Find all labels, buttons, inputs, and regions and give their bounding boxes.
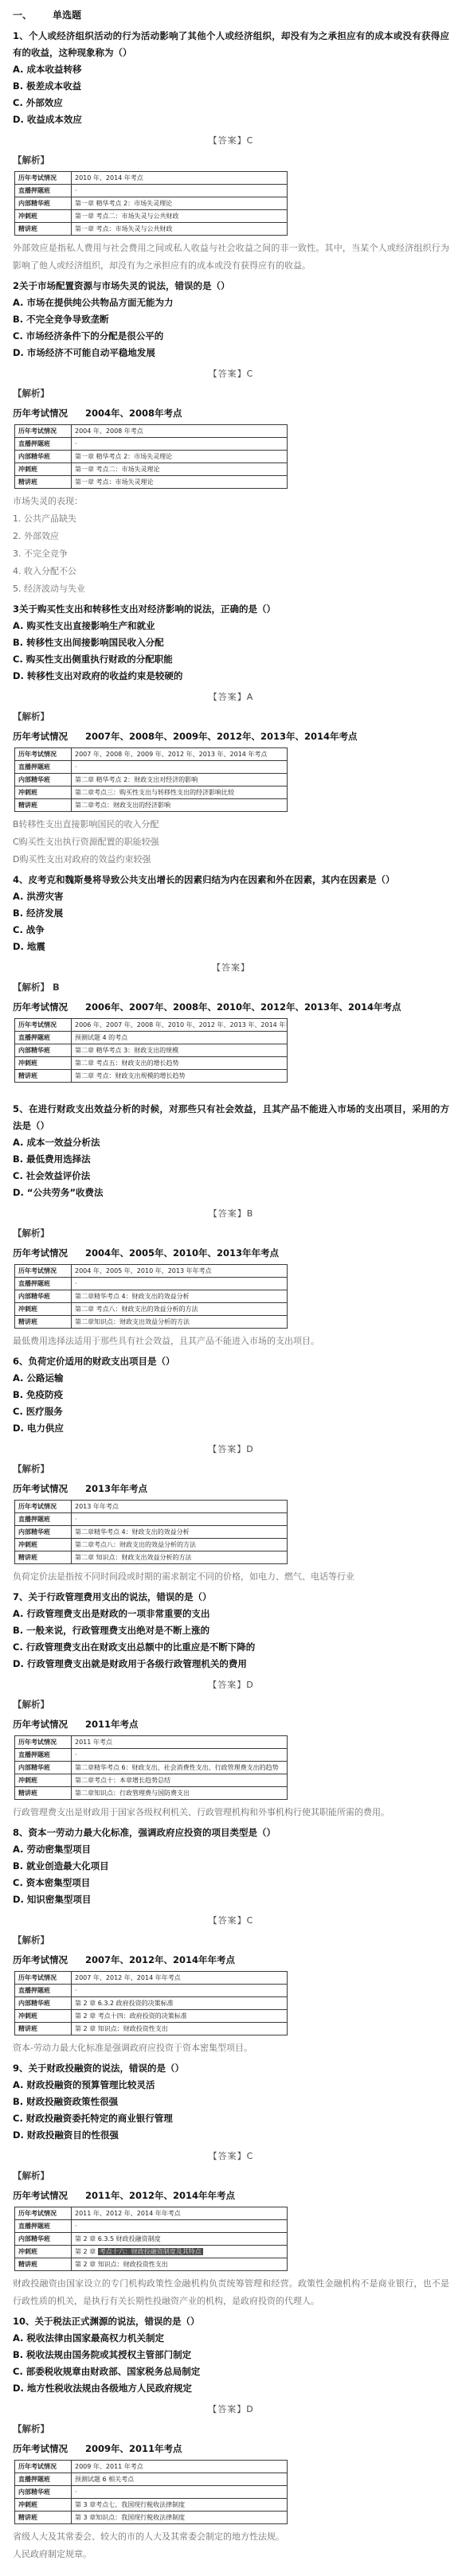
table-row: 内部精华班第二章精华考点 6：财政支出、社会消费性支出、行政管理费支出的趋势 [15, 1762, 288, 1774]
table-value-cell: · [72, 1985, 288, 1997]
exam-history-table: 历年考试情况2004 年、2008 年考点直播押题班·内部精华班第一章 精华考点… [14, 424, 288, 489]
analysis-label: 【解析】 [13, 385, 449, 401]
exam-history-note: 历年考试情况2007年、2012年、2014年年考点 [13, 1951, 449, 1969]
exam-history-note-years: 2004年、2005年、2010年、2013年年考点 [85, 1247, 279, 1259]
table-label-cell: 内部精华班 [15, 2233, 72, 2246]
table-row: 冲刺班第 2 章 考点十六：财政投融资制度及其特点 [15, 2246, 288, 2258]
option-item: C. 部委税收规章由财政部、国家税务总局制定 [13, 2363, 449, 2380]
question-options: A. 行政管理费支出是财政的一项非常重要的支出B. 一般来说，行政管理费支出绝对… [13, 1606, 449, 1672]
option-item: A. 市场在提供纯公共物品方面无能为力 [13, 295, 449, 311]
option-item: B. 经济发展 [13, 905, 449, 922]
table-label-cell: 历年考试情况 [15, 2207, 72, 2220]
table-label-cell: 精讲班 [15, 1316, 72, 1329]
option-item: B. 免疫防疫 [13, 1387, 449, 1403]
analysis-label: 【解析】 [13, 2168, 449, 2184]
explanation-block: 财政投融资由国家设立的专门机构政策性金融机构负责统筹管理和经营。政策性金融机构不… [13, 2275, 449, 2310]
question-text: 6、负荷定价适用的财政支出项目是（） [13, 1353, 449, 1370]
answer-line: 【答案】C [13, 1913, 449, 1929]
table-value-cell: 第二章精华考点 4：财政支出的效益分析 [72, 1526, 288, 1539]
option-item: A. 劳动密集型项目 [13, 1841, 449, 1858]
table-label-cell: 内部精华班 [15, 1044, 72, 1057]
analysis-label: 【解析】 B [13, 979, 449, 995]
table-row: 精讲班第二章 知识点：财政支出效益分析的方法 [15, 1551, 288, 1564]
option-item: A. 行政管理费支出是财政的一项非常重要的支出 [13, 1606, 449, 1622]
exam-history-note-years: 2004年、2008年考点 [85, 408, 182, 419]
option-item: C. 市场经济条件下的分配是很公平的 [13, 328, 449, 345]
table-value-cell: 第二章知识点：财政支出效益分析的方法 [72, 1316, 288, 1329]
option-item: D. “公共劳务”收费法 [13, 1185, 449, 1201]
table-label-cell: 内部精华班 [15, 774, 72, 786]
table-row: 直播押题班· [15, 2220, 288, 2233]
table-value-cell: 第 2 章 知识点：财政投资性支出 [72, 2023, 288, 2035]
answer-line: 【答案】B [13, 1206, 449, 1222]
option-item: C. 社会效益评价法 [13, 1168, 449, 1185]
exam-history-table: 历年考试情况2013 年年考点直播押题班·内部精华班第二章精华考点 4：财政支出… [14, 1500, 288, 1564]
table-label-cell: 内部精华班 [15, 1290, 72, 1303]
option-item: D. 转移性支出对政府的收益约束是较硬的 [13, 668, 449, 685]
explanation-line: 负荷定价法是指按不同时间段或时期的需求制定不同的价格，如电力、燃气、电话等行业 [13, 1568, 449, 1586]
table-label-cell: 精讲班 [15, 476, 72, 489]
table-value-cell: 第二章 知识点：财政支出效益分析的方法 [72, 1551, 288, 1564]
explanation-line: 5. 经济波动与失业 [13, 580, 449, 598]
explanation-block: 省级人大及其常委会、较大的市的人大及其常委会制定的地方性法规。人民政府制定规章。 [13, 2528, 449, 2563]
table-row: 内部精华班第二章精华考点 4：财政支出的效益分析 [15, 1526, 288, 1539]
table-row: 直播押题班· [15, 1749, 288, 1762]
explanation-line: 财政投融资由国家设立的专门机构政策性金融机构负责统筹管理和经营。政策性金融机构不… [13, 2275, 449, 2310]
table-value-cell: 2010 年、2014 年考点 [72, 172, 288, 185]
table-value-cell: · [72, 185, 288, 197]
question-block: 2关于市场配置资源与市场失灵的说法，错误的是（） A. 市场在提供纯公共物品方面… [13, 278, 449, 598]
table-value-cell: 2004 年、2008 年考点 [72, 425, 288, 438]
table-value-cell: 第一章 考点二：市场失灵与公共财政 [72, 210, 288, 223]
table-label-cell: 精讲班 [15, 2258, 72, 2271]
table-label-cell: 历年考试情况 [15, 2461, 72, 2473]
answer-line: 【答案】A [13, 689, 449, 705]
section-title-text: 单选题 [53, 10, 81, 21]
table-value-cell: · [72, 761, 288, 774]
table-value-cell: 第二章 精华考点 2：财政支出对经济的影响 [72, 774, 288, 786]
table-label-cell: 冲刺班 [15, 2010, 72, 2023]
table-value-cell: 第 2 章 6.3.2 政府投资的决策标准 [72, 1997, 288, 2010]
table-label-cell: 冲刺班 [15, 2499, 72, 2512]
table-label-cell: 冲刺班 [15, 210, 72, 223]
explanation-line: 市场失灵的表现： [13, 493, 449, 510]
table-value-cell: · [72, 1278, 288, 1290]
question-text: 2关于市场配置资源与市场失灵的说法，错误的是（） [13, 278, 449, 295]
question-text: 3关于购买性支出和转移性支出对经济影响的说法，正确的是（） [13, 601, 449, 618]
table-row: 精讲班第二章考点：财政支出的经济影响 [15, 799, 288, 812]
table-row: 历年考试情况2007 年、2012 年、2014 年年考点 [15, 1972, 288, 1985]
explanation-line: 资本-劳动力最大化标准是强调政府应投资于资本密集型项目。 [13, 2039, 449, 2057]
table-row: 精讲班第二章知识点：行政管理费与国防费支出 [15, 1787, 288, 1800]
question-text: 7、关于行政管理费用支出的说法，错误的是（） [13, 1589, 449, 1606]
question-options: A. 税收法律由国家最高权力机关制定B. 税收法规由国务院或其授权主管部门制定C… [13, 2330, 449, 2397]
table-row: 内部精华班第一章 精华考点 2：市场失灵理论 [15, 451, 288, 463]
question-text: 4、皮考克和魏斯曼将导致公共支出增长的因素归结为内在因素和外在因素，其内在因素是… [13, 872, 449, 888]
table-row: 冲刺班第二章 考点八：财政支出的效益分析的方法 [15, 1303, 288, 1316]
table-label-cell: 内部精华班 [15, 197, 72, 210]
table-row: 内部精华班第二章 精华考点 3：财政支出的规模 [15, 1044, 288, 1057]
table-value-cell: · [72, 2486, 288, 2499]
explanation-line: 人民政府制定规章。 [13, 2546, 449, 2563]
explanation-line: 外部效应是指私人费用与社会费用之间或私人收益与社会收益之间的非一致性。其中，当某… [13, 240, 449, 275]
option-item: D. 地震 [13, 939, 449, 955]
exam-history-table: 历年考试情况2011 年考点直播押题班·内部精华班第二章精华考点 6：财政支出、… [14, 1735, 288, 1800]
exam-history-note: 历年考试情况2006年、2007年、2008年、2010年、2012年、2013… [13, 998, 449, 1016]
table-value-cell: 2004 年、2005 年、2010 年、2013 年年考点 [72, 1265, 288, 1278]
table-row: 精讲班第 2 章 知识点：财政投资性支出 [15, 2023, 288, 2035]
explanation-line: 行政管理费支出是财政用于国家各级权利机关、行政管理机构和外事机构行使其职能所需的… [13, 1804, 449, 1821]
questions: 1、个人或经济组织活动的行为活动影响了其他个人或经济组织，却没有为之承担应有的成… [13, 28, 449, 2563]
question-text: 5、在进行财政支出效益分析的时候，对那些只有社会效益，且其产品不能进入市场的支出… [13, 1101, 449, 1134]
table-row: 直播押题班· [15, 1513, 288, 1526]
answer-line: 【答案】C [13, 133, 449, 149]
table-label-cell: 直播押题班 [15, 1749, 72, 1762]
table-value-cell: 第一章 考点：市场失灵理论 [72, 476, 288, 489]
table-row: 历年考试情况2010 年、2014 年考点 [15, 172, 288, 185]
table-row: 冲刺班第二章 考点五：财政支出的增长趋势 [15, 1057, 288, 1070]
option-item: B. 极差成本收益 [13, 78, 449, 95]
table-row: 直播押题班预测试题 6 相关考点 [15, 2473, 288, 2486]
table-label-cell: 冲刺班 [15, 786, 72, 799]
exam-history-note-years: 2011年考点 [85, 1719, 139, 1730]
question-block: 3关于购买性支出和转移性支出对经济影响的说法，正确的是（） A. 购买性支出直接… [13, 601, 449, 868]
analysis-label: 【解析】 [13, 708, 449, 724]
table-label-cell: 冲刺班 [15, 1774, 72, 1787]
table-row: 内部精华班第二章精华考点 4：财政支出的效益分析 [15, 1290, 288, 1303]
table-value-cell: 第一章 考点二：市场失灵理论 [72, 463, 288, 476]
table-row: 内部精华班第 2 章 6.3.2 政府投资的决策标准 [15, 1997, 288, 2010]
table-value-cell: 第二章 考点八：财政支出的效益分析的方法 [72, 1303, 288, 1316]
exam-history-note-label: 历年考试情况 [13, 1954, 68, 1965]
question-block: 6、负荷定价适用的财政支出项目是（） A. 公路运输B. 免疫防疫C. 医疗服务… [13, 1353, 449, 1586]
question-options: A. 购买性支出直接影响生产和就业B. 转移性支出间接影响国民收入分配C. 购买… [13, 618, 449, 685]
exam-history-note: 历年考试情况2013年年考点 [13, 1480, 449, 1497]
explanation-line: 3. 不完全竞争 [13, 545, 449, 563]
table-value-cell: 第 2 章 考点十六：财政投融资制度及其特点 [72, 2246, 288, 2258]
explanation-block: 行政管理费支出是财政用于国家各级权利机关、行政管理机构和外事机构行使其职能所需的… [13, 1804, 449, 1821]
table-label-cell: 直播押题班 [15, 761, 72, 774]
exam-history-note-years: 2006年、2007年、2008年、2010年、2012年、2013年、2014… [85, 1001, 401, 1013]
exam-history-note-years: 2009年、2011年考点 [85, 2443, 182, 2454]
analysis-label: 【解析】 [13, 1696, 449, 1712]
exam-history-note-years: 2007年、2012年、2014年年考点 [85, 1954, 235, 1965]
explanation-line: B转移性支出直接影响国民的收入分配 [13, 816, 449, 833]
table-value-cell: · [72, 438, 288, 451]
table-label-cell: 历年考试情况 [15, 425, 72, 438]
table-label-cell: 精讲班 [15, 2512, 72, 2524]
exam-history-table: 历年考试情况2010 年、2014 年考点直播押题班·内部精华班第一章 精华考点… [14, 171, 288, 236]
table-row: 历年考试情况2011 年、2012 年、2014 年年考点 [15, 2207, 288, 2220]
table-value-cell: 第一章 精华考点 2：市场失灵理论 [72, 451, 288, 463]
option-item: C. 财政投融资委托特定的商业银行管理 [13, 2110, 449, 2127]
analysis-label: 【解析】 [13, 152, 449, 168]
option-item: D. 财政投融资目的性很强 [13, 2127, 449, 2144]
table-label-cell: 精讲班 [15, 2023, 72, 2035]
table-row: 历年考试情况2013 年年考点 [15, 1501, 288, 1513]
answer-line: 【答案】D [13, 1677, 449, 1693]
exam-history-note: 历年考试情况2004年、2008年考点 [13, 404, 449, 422]
table-value-cell: 第二章精华考点 6：财政支出、社会消费性支出、行政管理费支出的趋势 [72, 1762, 288, 1774]
explanation-line: 4. 收入分配不公 [13, 563, 449, 580]
document-page: 一、单选题 1、个人或经济组织活动的行为活动影响了其他个人或经济组织，却没有为之… [0, 0, 462, 2576]
question-options: A. 公路运输B. 免疫防疫C. 医疗服务D. 电力供应 [13, 1370, 449, 1437]
question-options: A. 成本一效益分析法B. 最低费用选择法C. 社会效益评价法D. “公共劳务”… [13, 1134, 449, 1201]
question-options: A. 劳动密集型项目B. 就业创造最大化项目C. 资本密集型项目D. 知识密集型… [13, 1841, 449, 1908]
option-item: D. 行政管理费支出就是财政用于各级行政管理机关的费用 [13, 1656, 449, 1672]
table-label-cell: 精讲班 [15, 1551, 72, 1564]
explanation-line: 1. 公共产品缺失 [13, 510, 449, 528]
table-value-cell: 第二章精华考点 4：财政支出的效益分析 [72, 1290, 288, 1303]
question-block: 8、资本一劳动力最大化标准，强调政府应投资的项目类型是（） A. 劳动密集型项目… [13, 1825, 449, 2057]
table-value-cell: 2011 年、2012 年、2014 年年考点 [72, 2207, 288, 2220]
exam-history-table: 历年考试情况2006 年、2007 年、2008 年、2010 年、2012 年… [14, 1018, 288, 1083]
exam-history-table: 历年考试情况2004 年、2005 年、2010 年、2013 年年考点直播押题… [14, 1264, 288, 1329]
table-row: 冲刺班第 3 章考点七、我国现行税收法律制度 [15, 2499, 288, 2512]
highlighted-text: 考点十六：财政投融资制度及其特点 [98, 2248, 203, 2255]
table-value-cell: 第一章 考点：市场失灵与公共财政 [72, 223, 288, 236]
question-text: 1、个人或经济组织活动的行为活动影响了其他个人或经济组织，却没有为之承担应有的成… [13, 28, 449, 61]
option-item: C. 战争 [13, 922, 449, 939]
option-item: C. 行政管理费支出在财政支出总额中的比重应是不断下降的 [13, 1639, 449, 1656]
table-row: 直播押题班· [15, 185, 288, 197]
question-block: 10、关于税法正式渊源的说法，错误的是（） A. 税收法律由国家最高权力机关制定… [13, 2313, 449, 2563]
table-label-cell: 内部精华班 [15, 1762, 72, 1774]
table-value-cell: 第二章 考点：财政支出规模的增长趋势 [72, 1070, 288, 1083]
explanation-line: 2. 外部效应 [13, 528, 449, 545]
table-value-cell: 2009 年、2011 年考点 [72, 2461, 288, 2473]
table-row: 精讲班第一章 考点：市场失灵理论 [15, 476, 288, 489]
table-row: 精讲班第 2 章 知识点：财政投资性支出 [15, 2258, 288, 2271]
table-row: 内部精华班· [15, 2486, 288, 2499]
table-label-cell: 直播押题班 [15, 1985, 72, 1997]
option-item: B. 财政投融资政策性很强 [13, 2094, 449, 2110]
table-value-cell: 第 3 章知识点：我国现行税收法律制度 [72, 2512, 288, 2524]
table-label-cell: 历年考试情况 [15, 748, 72, 761]
exam-history-note-years: 2007年、2008年、2009年、2012年、2013年、2014年考点 [85, 731, 358, 742]
table-label-cell: 冲刺班 [15, 1303, 72, 1316]
option-item: D. 收益成本效应 [13, 111, 449, 128]
table-row: 精讲班第 3 章知识点：我国现行税收法律制度 [15, 2512, 288, 2524]
table-value-cell: 第 2 章 6.3.5 财政投融资制度 [72, 2233, 288, 2246]
exam-history-note-label: 历年考试情况 [13, 1483, 68, 1494]
table-row: 冲刺班第二章考点八：财政支出的效益分析的方法 [15, 1539, 288, 1551]
explanation-line: D购买性支出对政府的效益约束较强 [13, 851, 449, 868]
question-options: A. 财政投融资的预算管理比较灵活B. 财政投融资政策性很强C. 财政投融资委托… [13, 2077, 449, 2144]
option-item: B. 最低费用选择法 [13, 1151, 449, 1168]
table-label-cell: 历年考试情况 [15, 1501, 72, 1513]
exam-history-note: 历年考试情况2011年、2012年、2014年年考点 [13, 2187, 449, 2204]
question-options: A. 成本收益转移B. 极差成本收益C. 外部效应D. 收益成本效应 [13, 61, 449, 128]
question-options: A. 市场在提供纯公共物品方面无能为力B. 不完全竞争导致垄断C. 市场经济条件… [13, 295, 449, 361]
question-text: 9、关于财政投融资的说法，错误的是（） [13, 2060, 449, 2077]
table-label-cell: 精讲班 [15, 1787, 72, 1800]
table-row: 冲刺班第一章 考点二：市场失灵与公共财政 [15, 210, 288, 223]
option-item: A. 税收法律由国家最高权力机关制定 [13, 2330, 449, 2347]
question-block: 1、个人或经济组织活动的行为活动影响了其他个人或经济组织，却没有为之承担应有的成… [13, 28, 449, 275]
table-row: 历年考试情况2004 年、2005 年、2010 年、2013 年年考点 [15, 1265, 288, 1278]
table-value-cell: 第 2 章 考点十四：政府投资的决策标准 [72, 2010, 288, 2023]
option-item: B. 税收法规由国务院或其授权主管部门制定 [13, 2347, 449, 2363]
explanation-line: 最低费用选择法适用于那些具有社会效益，且其产品不能进入市场的支出项目。 [13, 1333, 449, 1350]
table-label-cell: 直播押题班 [15, 185, 72, 197]
exam-history-table: 历年考试情况2009 年、2011 年考点直播押题班预测试题 6 相关考点内部精… [14, 2460, 288, 2524]
option-item: A. 公路运输 [13, 1370, 449, 1387]
option-item: D. 知识密集型项目 [13, 1891, 449, 1908]
table-value-cell: 2007 年、2012 年、2014 年年考点 [72, 1972, 288, 1985]
question-block: 4、皮考克和魏斯曼将导致公共支出增长的因素归结为内在因素和外在因素，其内在因素是… [13, 872, 449, 1098]
table-value-cell: 第二章考点：财政支出的经济影响 [72, 799, 288, 812]
exam-history-note: 历年考试情况2009年、2011年考点 [13, 2440, 449, 2457]
exam-history-note: 历年考试情况2004年、2005年、2010年、2013年年考点 [13, 1244, 449, 1262]
table-value-cell: 2013 年年考点 [72, 1501, 288, 1513]
explanation-block: 外部效应是指私人费用与社会费用之间或私人收益与社会收益之间的非一致性。其中，当某… [13, 240, 449, 275]
table-row: 精讲班第二章知识点：财政支出效益分析的方法 [15, 1316, 288, 1329]
table-label-cell: 内部精华班 [15, 1526, 72, 1539]
table-label-cell: 直播押题班 [15, 1513, 72, 1526]
explanation-line: 省级人大及其常委会、较大的市的人大及其常委会制定的地方性法规。 [13, 2528, 449, 2546]
option-item: A. 成本收益转移 [13, 61, 449, 78]
section-title: 一、单选题 [13, 8, 449, 21]
exam-history-note-label: 历年考试情况 [13, 2190, 68, 2201]
option-item: B. 一般来说，行政管理费支出绝对是不断上涨的 [13, 1622, 449, 1639]
option-item: A. 洪涝灾害 [13, 888, 449, 905]
table-row: 直播押题班预测试题 4 的考点 [15, 1032, 288, 1044]
answer-line: 【答案】D [13, 1442, 449, 1458]
table-row: 历年考试情况2011 年考点 [15, 1736, 288, 1749]
table-label-cell: 精讲班 [15, 1070, 72, 1083]
explanation-block: 负荷定价法是指按不同时间段或时期的需求制定不同的价格，如电力、燃气、电话等行业 [13, 1568, 449, 1586]
table-value-cell: · [72, 1513, 288, 1526]
explanation-block: 市场失灵的表现：1. 公共产品缺失2. 外部效应3. 不完全竞争4. 收入分配不… [13, 493, 449, 598]
table-label-cell: 历年考试情况 [15, 1736, 72, 1749]
option-item: A. 成本一效益分析法 [13, 1134, 449, 1151]
table-row: 冲刺班第二章考点十：本章增长趋势总结 [15, 1774, 288, 1787]
table-label-cell: 内部精华班 [15, 2486, 72, 2499]
table-row: 直播押题班· [15, 761, 288, 774]
answer-line: 【答案】C [13, 366, 449, 382]
explanation-block: 最低费用选择法适用于那些具有社会效益，且其产品不能进入市场的支出项目。 [13, 1333, 449, 1350]
explanation-block: 资本-劳动力最大化标准是强调政府应投资于资本密集型项目。 [13, 2039, 449, 2057]
exam-history-note-label: 历年考试情况 [13, 2443, 68, 2454]
table-label-cell: 冲刺班 [15, 2246, 72, 2258]
table-value-cell: 2007 年、2008 年、2009 年、2012 年、2013 年、2014 … [72, 748, 288, 761]
table-label-cell: 精讲班 [15, 799, 72, 812]
exam-history-note-label: 历年考试情况 [13, 731, 68, 742]
exam-history-note-label: 历年考试情况 [13, 1719, 68, 1730]
question-block: 7、关于行政管理费用支出的说法，错误的是（） A. 行政管理费支出是财政的一项非… [13, 1589, 449, 1821]
exam-history-note: 历年考试情况2011年考点 [13, 1715, 449, 1733]
table-label-cell: 直播押题班 [15, 438, 72, 451]
explanation-block: B转移性支出直接影响国民的收入分配C购买性支出执行资源配置的职能较强D购买性支出… [13, 816, 449, 868]
option-item: B. 就业创造最大化项目 [13, 1858, 449, 1875]
explanation-block [13, 1087, 449, 1098]
table-value-cell: · [72, 1749, 288, 1762]
answer-line: 【答案】C [13, 2149, 449, 2164]
option-item: A. 财政投融资的预算管理比较灵活 [13, 2077, 449, 2094]
table-row: 冲刺班第二章考点三：购买性支出与转移性支出的经济影响比较 [15, 786, 288, 799]
analysis-label: 【解析】 [13, 2421, 449, 2437]
option-item: B. 转移性支出间接影响国民收入分配 [13, 634, 449, 651]
table-label-cell: 直播押题班 [15, 1032, 72, 1044]
answer-line: 【答案】D [13, 2402, 449, 2418]
table-row: 历年考试情况2007 年、2008 年、2009 年、2012 年、2013 年… [15, 748, 288, 761]
answer-line: 【答案】 [13, 960, 449, 976]
table-label-cell: 内部精华班 [15, 451, 72, 463]
table-label-cell: 冲刺班 [15, 463, 72, 476]
option-item: C. 购买性支出侧重执行财政的分配职能 [13, 651, 449, 668]
table-label-cell: 历年考试情况 [15, 172, 72, 185]
table-value-cell: 2006 年、2007 年、2008 年、2010 年、2012 年、2013 … [72, 1019, 288, 1032]
table-label-cell: 历年考试情况 [15, 1019, 72, 1032]
option-item: D. 市场经济不可能自动平稳地发展 [13, 345, 449, 361]
exam-history-note-years: 2011年、2012年、2014年年考点 [85, 2190, 235, 2201]
explanation-line: C购买性支出执行资源配置的职能较强 [13, 833, 449, 851]
option-item: A. 购买性支出直接影响生产和就业 [13, 618, 449, 634]
exam-history-note: 历年考试情况2007年、2008年、2009年、2012年、2013年、2014… [13, 728, 449, 745]
table-label-cell: 精讲班 [15, 223, 72, 236]
exam-history-note-years: 2013年年考点 [85, 1483, 147, 1494]
table-value-cell: 第 2 章 知识点：财政投资性支出 [72, 2258, 288, 2271]
table-row: 精讲班第一章 考点：市场失灵与公共财政 [15, 223, 288, 236]
table-label-cell: 冲刺班 [15, 1539, 72, 1551]
table-value-cell: 第一章 精华考点 2：市场失灵理论 [72, 197, 288, 210]
exam-history-table: 历年考试情况2007 年、2008 年、2009 年、2012 年、2013 年… [14, 747, 288, 812]
exam-history-table: 历年考试情况2011 年、2012 年、2014 年年考点直播押题班·内部精华班… [14, 2207, 288, 2271]
analysis-label: 【解析】 [13, 1225, 449, 1241]
table-label-cell: 直播押题班 [15, 2473, 72, 2486]
table-label-cell: 历年考试情况 [15, 1265, 72, 1278]
table-row: 内部精华班第 2 章 6.3.5 财政投融资制度 [15, 2233, 288, 2246]
table-row: 历年考试情况2009 年、2011 年考点 [15, 2461, 288, 2473]
table-row: 内部精华班第一章 精华考点 2：市场失灵理论 [15, 197, 288, 210]
option-item: C. 医疗服务 [13, 1403, 449, 1420]
option-item: D. 电力供应 [13, 1420, 449, 1437]
table-row: 冲刺班第 2 章 考点十四：政府投资的决策标准 [15, 2010, 288, 2023]
table-value-cell: 预测试题 6 相关考点 [72, 2473, 288, 2486]
table-label-cell: 内部精华班 [15, 1997, 72, 2010]
table-row: 冲刺班第一章 考点二：市场失灵理论 [15, 463, 288, 476]
table-value-cell: 第二章考点十：本章增长趋势总结 [72, 1774, 288, 1787]
exam-history-note-label: 历年考试情况 [13, 1001, 68, 1013]
table-value-cell: 第 3 章考点七、我国现行税收法律制度 [72, 2499, 288, 2512]
analysis-label: 【解析】 [13, 1461, 449, 1477]
question-block: 5、在进行财政支出效益分析的时候，对那些只有社会效益，且其产品不能进入市场的支出… [13, 1101, 449, 1350]
exam-history-table: 历年考试情况2007 年、2012 年、2014 年年考点直播押题班·内部精华班… [14, 1971, 288, 2035]
option-item: C. 资本密集型项目 [13, 1875, 449, 1891]
table-value-cell: 第二章考点三：购买性支出与转移性支出的经济影响比较 [72, 786, 288, 799]
table-label-cell: 历年考试情况 [15, 1972, 72, 1985]
table-label-cell: 直播押题班 [15, 2220, 72, 2233]
exam-history-note-label: 历年考试情况 [13, 1247, 68, 1259]
option-item: C. 外部效应 [13, 95, 449, 111]
table-value-cell: 第二章 考点五：财政支出的增长趋势 [72, 1057, 288, 1070]
question-block: 9、关于财政投融资的说法，错误的是（） A. 财政投融资的预算管理比较灵活B. … [13, 2060, 449, 2310]
table-row: 内部精华班第二章 精华考点 2：财政支出对经济的影响 [15, 774, 288, 786]
table-row: 直播押题班· [15, 1985, 288, 1997]
question-text: 10、关于税法正式渊源的说法，错误的是（） [13, 2313, 449, 2330]
question-text: 8、资本一劳动力最大化标准，强调政府应投资的项目类型是（） [13, 1825, 449, 1841]
table-value-cell: 2011 年考点 [72, 1736, 288, 1749]
option-item: D. 地方性税收法规由各级地方人民政府规定 [13, 2380, 449, 2397]
section-marker: 一、 [13, 10, 32, 21]
table-row: 历年考试情况2004 年、2008 年考点 [15, 425, 288, 438]
table-value-cell: 预测试题 4 的考点 [72, 1032, 288, 1044]
table-row: 历年考试情况2006 年、2007 年、2008 年、2010 年、2012 年… [15, 1019, 288, 1032]
analysis-label: 【解析】 [13, 1932, 449, 1948]
table-label-cell: 冲刺班 [15, 1057, 72, 1070]
table-row: 精讲班第二章 考点：财政支出规模的增长趋势 [15, 1070, 288, 1083]
